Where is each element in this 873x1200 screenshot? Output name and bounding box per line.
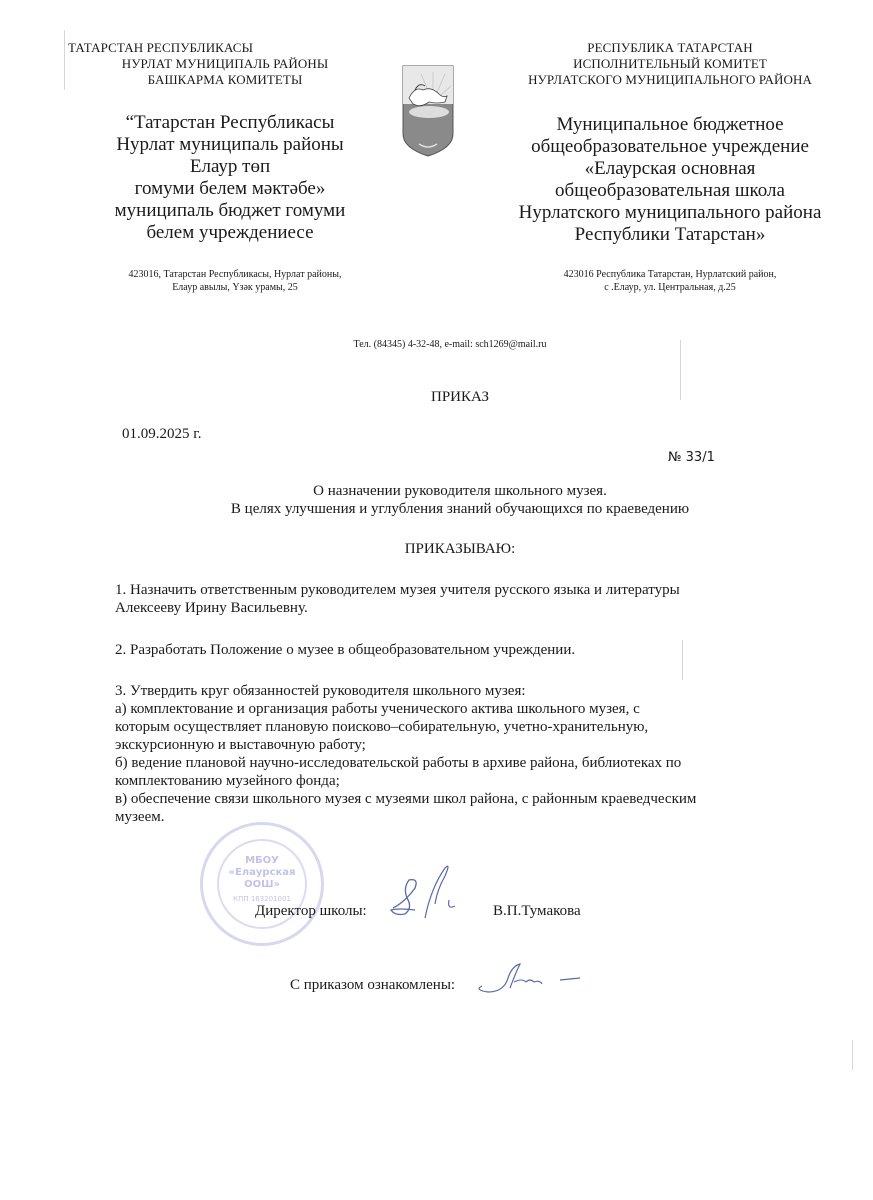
item-line: Алексееву Ирину Васильевну. xyxy=(115,599,815,617)
contact-line: Тел. (84345) 4-32-48, e-mail: sch1269@ma… xyxy=(300,338,600,351)
left-org-line: “Татарстан Республикасы xyxy=(85,112,375,134)
acknowledgement-signature-icon xyxy=(470,958,590,1000)
right-caps-line: РЕСПУБЛИКА ТАТАРСТАН xyxy=(500,40,840,56)
left-caps-line: НУРЛАТ МУНИЦИПАЛЬ РАЙОНЫ xyxy=(80,56,330,72)
director-signature-icon xyxy=(385,858,475,928)
right-org-line: общеобразовательная школа xyxy=(490,180,850,202)
order-number: № 33/1 xyxy=(668,450,715,465)
right-org-line: Нурлатского муниципального района xyxy=(490,202,850,224)
right-caps-line: ИСПОЛНИТЕЛЬНЫЙ КОМИТЕТ xyxy=(500,56,840,72)
order-title: ПРИКАЗ xyxy=(0,388,873,406)
order-date: 01.09.2025 г. xyxy=(122,425,201,443)
acknowledged-label: С приказом ознакомлены: xyxy=(290,976,455,994)
left-address-line: 423016, Татарстан Республикасы, Нурлат р… xyxy=(100,268,370,281)
order-item-2: 2. Разработать Положение о музее в общео… xyxy=(115,641,815,659)
left-org-line: муниципаль бюджет гомуми xyxy=(85,200,375,222)
order-command: ПРИКАЗЫВАЮ: xyxy=(150,540,770,558)
right-org-name: Муниципальное бюджетное общеобразователь… xyxy=(490,114,850,246)
right-org-line: «Елаурская основная xyxy=(490,158,850,180)
order-subject: О назначении руководителя школьного музе… xyxy=(150,482,770,500)
right-header-caps: РЕСПУБЛИКА ТАТАРСТАН ИСПОЛНИТЕЛЬНЫЙ КОМИ… xyxy=(500,40,840,88)
left-org-line: гомуми белем мәктәбе» xyxy=(85,178,375,200)
director-name: В.П.Тумакова xyxy=(493,902,581,920)
school-stamp: МБОУ «Елаурская ООШ» КПП 163201001 xyxy=(200,822,324,946)
item-line: 1. Назначить ответственным руководителем… xyxy=(115,581,815,599)
scan-artifact xyxy=(64,30,65,90)
left-address: 423016, Татарстан Республикасы, Нурлат р… xyxy=(100,268,370,294)
right-address-line: с .Елаур, ул. Центральная, д.25 xyxy=(535,281,805,294)
item-line: экскурсионную и выставочную работу; xyxy=(115,736,835,754)
order-item-1: 1. Назначить ответственным руководителем… xyxy=(115,581,815,617)
item-line: комплектованию музейного фонда; xyxy=(115,772,835,790)
right-org-line: общеобразовательное учреждение xyxy=(490,136,850,158)
item-line: б) ведение плановой научно-исследователь… xyxy=(115,754,835,772)
left-address-line: Елаур авылы, Үзәк урамы, 25 xyxy=(100,281,370,294)
stamp-line: «Елаурская xyxy=(203,867,321,879)
left-caps-line: ТАТАРСТАН РЕСПУБЛИКАСЫ xyxy=(60,40,330,56)
right-caps-line: НУРЛАТСКОГО МУНИЦИПАЛЬНОГО РАЙОНА xyxy=(500,72,840,88)
left-org-line: Елаур төп xyxy=(85,156,375,178)
stamp-line: МБОУ xyxy=(203,855,321,867)
right-address: 423016 Республика Татарстан, Нурлатский … xyxy=(535,268,805,294)
director-label: Директор школы: xyxy=(255,902,367,920)
coat-of-arms-icon xyxy=(401,64,455,160)
left-org-line: Нурлат муниципаль районы xyxy=(85,134,375,156)
order-preamble: В целях улучшения и углубления знаний об… xyxy=(150,500,770,518)
right-org-line: Муниципальное бюджетное xyxy=(490,114,850,136)
left-caps-line: БАШКАРМА КОМИТЕТЫ xyxy=(80,72,330,88)
right-org-line: Республики Татарстан» xyxy=(490,224,850,246)
right-address-line: 423016 Республика Татарстан, Нурлатский … xyxy=(535,268,805,281)
order-item-3: 3. Утвердить круг обязанностей руководит… xyxy=(115,682,835,826)
item-line: в) обеспечение связи школьного музея с м… xyxy=(115,790,835,808)
left-org-line: белем учреждениесе xyxy=(85,222,375,244)
item-line: музеем. xyxy=(115,808,835,826)
item-line: 3. Утвердить круг обязанностей руководит… xyxy=(115,682,835,700)
item-line: 2. Разработать Положение о музее в общео… xyxy=(115,641,815,659)
item-line: которым осуществляет плановую поисково–с… xyxy=(115,718,835,736)
left-header-caps: ТАТАРСТАН РЕСПУБЛИКАСЫ НУРЛАТ МУНИЦИПАЛЬ… xyxy=(80,40,330,88)
item-line: а) комплектование и организация работы у… xyxy=(115,700,835,718)
left-org-name: “Татарстан Республикасы Нурлат муниципал… xyxy=(85,112,375,244)
stamp-line: ООШ» xyxy=(203,879,321,891)
scan-artifact xyxy=(852,1040,853,1070)
